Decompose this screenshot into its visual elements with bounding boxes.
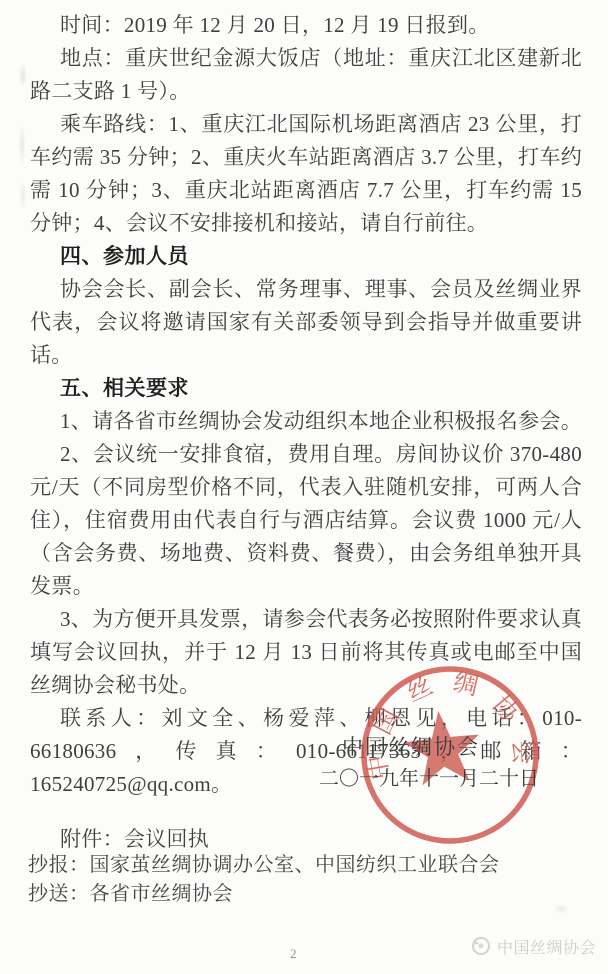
watermark-label: 中国丝绸协会: [497, 935, 596, 958]
scan-smudge: [17, 55, 28, 215]
cc-send-line: 抄送：各省市丝绸协会: [28, 880, 500, 909]
cc-block: 抄报：国家茧丝绸协调办公室、中国纺织工业联合会 抄送：各省市丝绸协会: [28, 851, 500, 909]
page-number: 2: [290, 946, 297, 962]
section-heading-participants: 四、参加人员: [30, 240, 582, 273]
paragraph-participants: 协会会长、副会长、常务理事、理事、会员及丝绸业界代表，会议将邀请国家有关部委领导…: [30, 273, 582, 372]
document-page: 时间：2019 年 12 月 20 日，12 月 19 日报到。 地点：重庆世纪…: [0, 0, 608, 974]
paragraph-requirement-1: 1、请各省市丝绸协会发动组织本地企业积极报名参会。: [30, 405, 582, 438]
cc-report-line: 抄报：国家茧丝绸协调办公室、中国纺织工业联合会: [28, 851, 500, 880]
association-logo-watermark-icon: [468, 934, 492, 958]
watermark: 中国丝绸协会: [468, 934, 596, 958]
signature-date: 二〇一九年十一月二十日: [319, 762, 539, 791]
scan-smudge: [548, 900, 574, 918]
paragraph-requirement-2: 2、会议统一安排食宿，费用自理。房间协议价 370-480 元/天（不同房型价格…: [30, 438, 582, 603]
signature-organization: 中国丝绸协会: [342, 731, 480, 761]
paragraph-location: 地点：重庆世纪金源大饭店（地址：重庆江北区建新北路二支路 1 号）。: [30, 42, 582, 108]
paragraph-transport: 乘车路线：1、重庆江北国际机场距离酒店 23 公里，打车约需 35 分钟；2、重…: [30, 108, 582, 240]
section-heading-requirements: 五、相关要求: [30, 372, 582, 405]
paragraph-time: 时间：2019 年 12 月 20 日，12 月 19 日报到。: [30, 9, 582, 42]
